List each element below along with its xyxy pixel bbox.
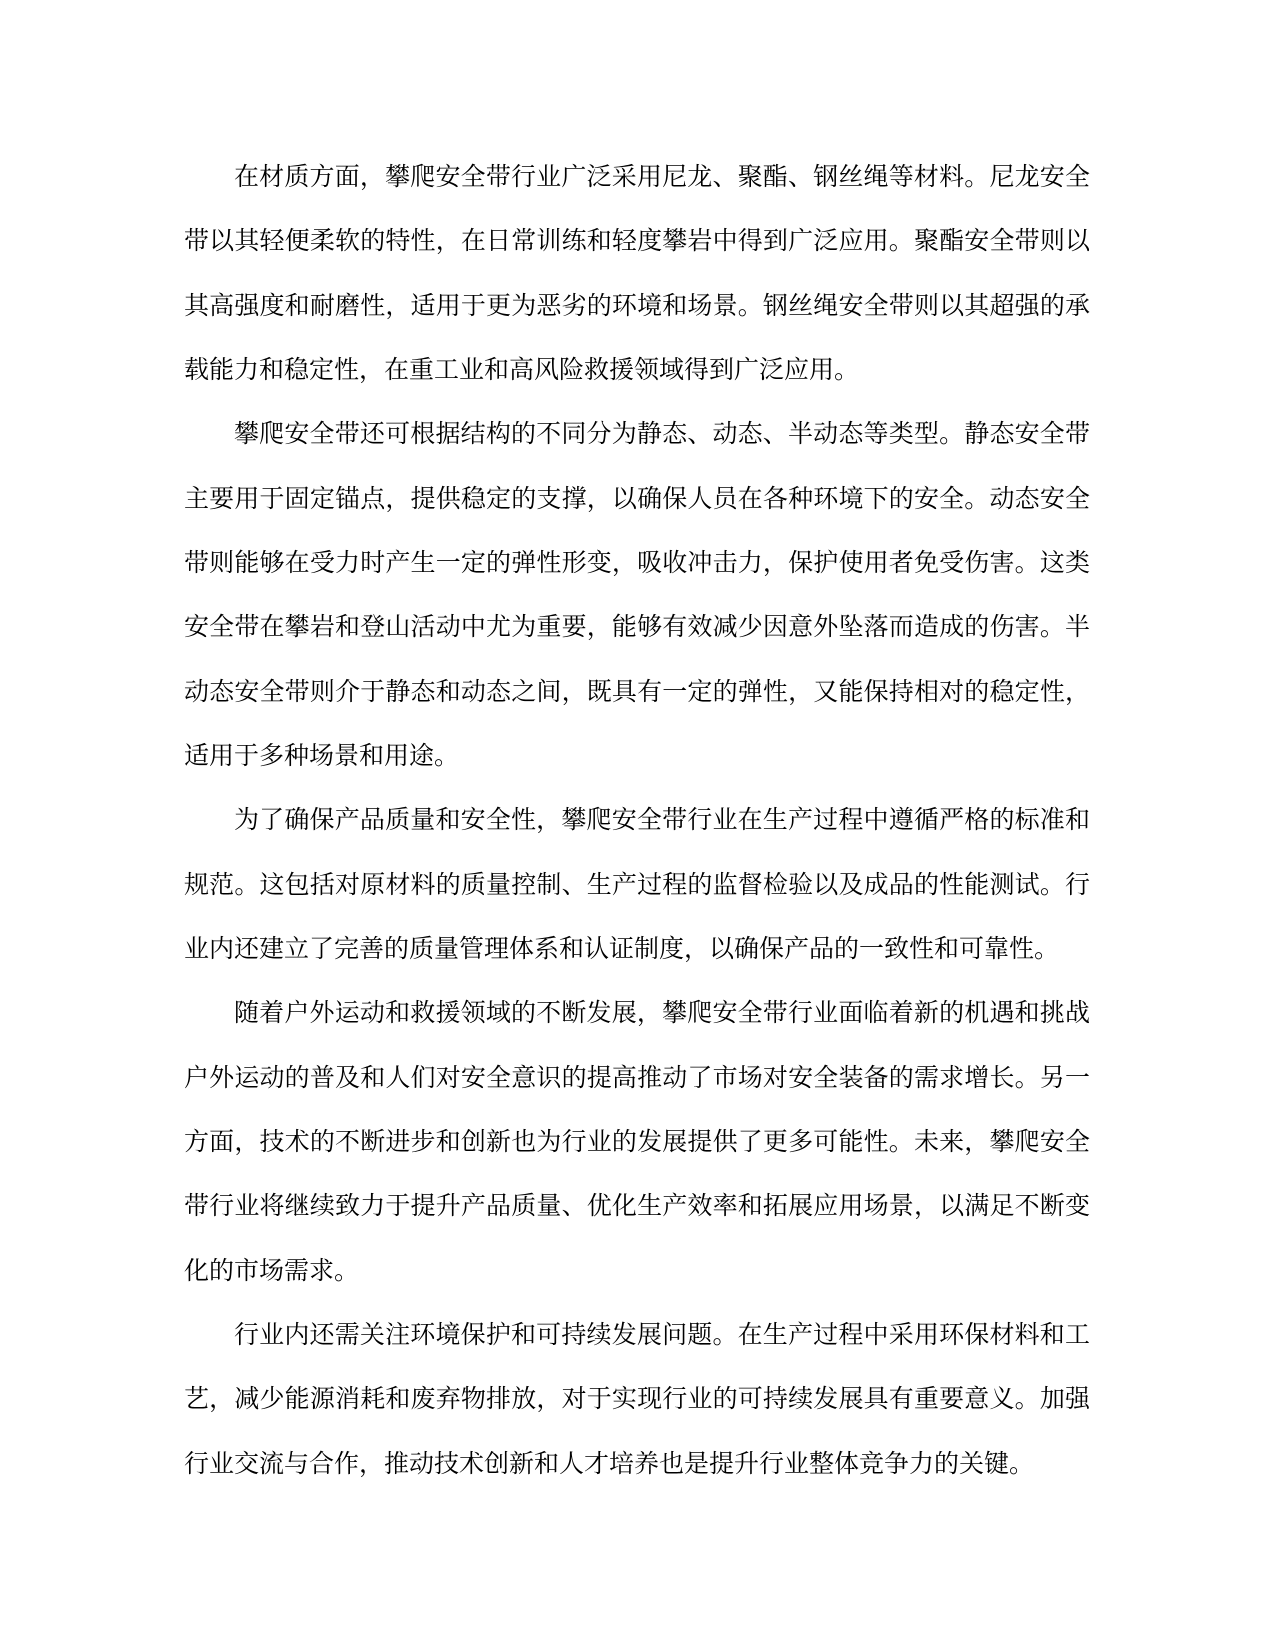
text-line: 行业交流与合作，推动技术创新和人才培养也是提升行业整体竞争力的关键。 [184, 1432, 1090, 1496]
text-line: 其高强度和耐磨性，适用于更为恶劣的环境和场景。钢丝绳安全带则以其超强的承 [184, 274, 1090, 338]
text-line: 在材质方面，攀爬安全带行业广泛采用尼龙、聚酯、钢丝绳等材料。尼龙安全 [184, 145, 1090, 209]
paragraph: 攀爬安全带还可根据结构的不同分为静态、动态、半动态等类型。静态安全带主要用于固定… [184, 402, 1090, 788]
text-line: 户外运动的普及和人们对安全意识的提高推动了市场对安全装备的需求增长。另一 [184, 1046, 1090, 1110]
paragraph: 随着户外运动和救援领域的不断发展，攀爬安全带行业面临着新的机遇和挑战户外运动的普… [184, 981, 1090, 1303]
document-page: 在材质方面，攀爬安全带行业广泛采用尼龙、聚酯、钢丝绳等材料。尼龙安全带以其轻便柔… [0, 0, 1275, 1650]
text-line: 方面，技术的不断进步和创新也为行业的发展提供了更多可能性。未来，攀爬安全 [184, 1110, 1090, 1174]
text-line: 适用于多种场景和用途。 [184, 724, 1090, 788]
text-line: 主要用于固定锚点，提供稳定的支撑，以确保人员在各种环境下的安全。动态安全 [184, 467, 1090, 531]
text-line: 化的市场需求。 [184, 1239, 1090, 1303]
text-line: 动态安全带则介于静态和动态之间，既具有一定的弹性，又能保持相对的稳定性， [184, 660, 1090, 724]
paragraph: 在材质方面，攀爬安全带行业广泛采用尼龙、聚酯、钢丝绳等材料。尼龙安全带以其轻便柔… [184, 145, 1090, 402]
paragraph: 为了确保产品质量和安全性，攀爬安全带行业在生产过程中遵循严格的标准和规范。这包括… [184, 788, 1090, 981]
text-line: 业内还建立了完善的质量管理体系和认证制度，以确保产品的一致性和可靠性。 [184, 917, 1090, 981]
text-line: 行业内还需关注环境保护和可持续发展问题。在生产过程中采用环保材料和工 [184, 1303, 1090, 1367]
text-line: 带行业将继续致力于提升产品质量、优化生产效率和拓展应用场景，以满足不断变 [184, 1174, 1090, 1238]
text-line: 随着户外运动和救援领域的不断发展，攀爬安全带行业面临着新的机遇和挑战 [184, 981, 1090, 1045]
text-line: 攀爬安全带还可根据结构的不同分为静态、动态、半动态等类型。静态安全带 [184, 402, 1090, 466]
text-line: 艺，减少能源消耗和废弃物排放，对于实现行业的可持续发展具有重要意义。加强 [184, 1367, 1090, 1431]
text-line: 规范。这包括对原材料的质量控制、生产过程的监督检验以及成品的性能测试。行 [184, 853, 1090, 917]
text-line: 安全带在攀岩和登山活动中尤为重要，能够有效减少因意外坠落而造成的伤害。半 [184, 595, 1090, 659]
document-body: 在材质方面，攀爬安全带行业广泛采用尼龙、聚酯、钢丝绳等材料。尼龙安全带以其轻便柔… [184, 145, 1090, 1496]
text-line: 带则能够在受力时产生一定的弹性形变，吸收冲击力，保护使用者免受伤害。这类 [184, 531, 1090, 595]
text-line: 载能力和稳定性，在重工业和高风险救援领域得到广泛应用。 [184, 338, 1090, 402]
paragraph: 行业内还需关注环境保护和可持续发展问题。在生产过程中采用环保材料和工艺，减少能源… [184, 1303, 1090, 1496]
text-line: 为了确保产品质量和安全性，攀爬安全带行业在生产过程中遵循严格的标准和 [184, 788, 1090, 852]
text-line: 带以其轻便柔软的特性，在日常训练和轻度攀岩中得到广泛应用。聚酯安全带则以 [184, 209, 1090, 273]
